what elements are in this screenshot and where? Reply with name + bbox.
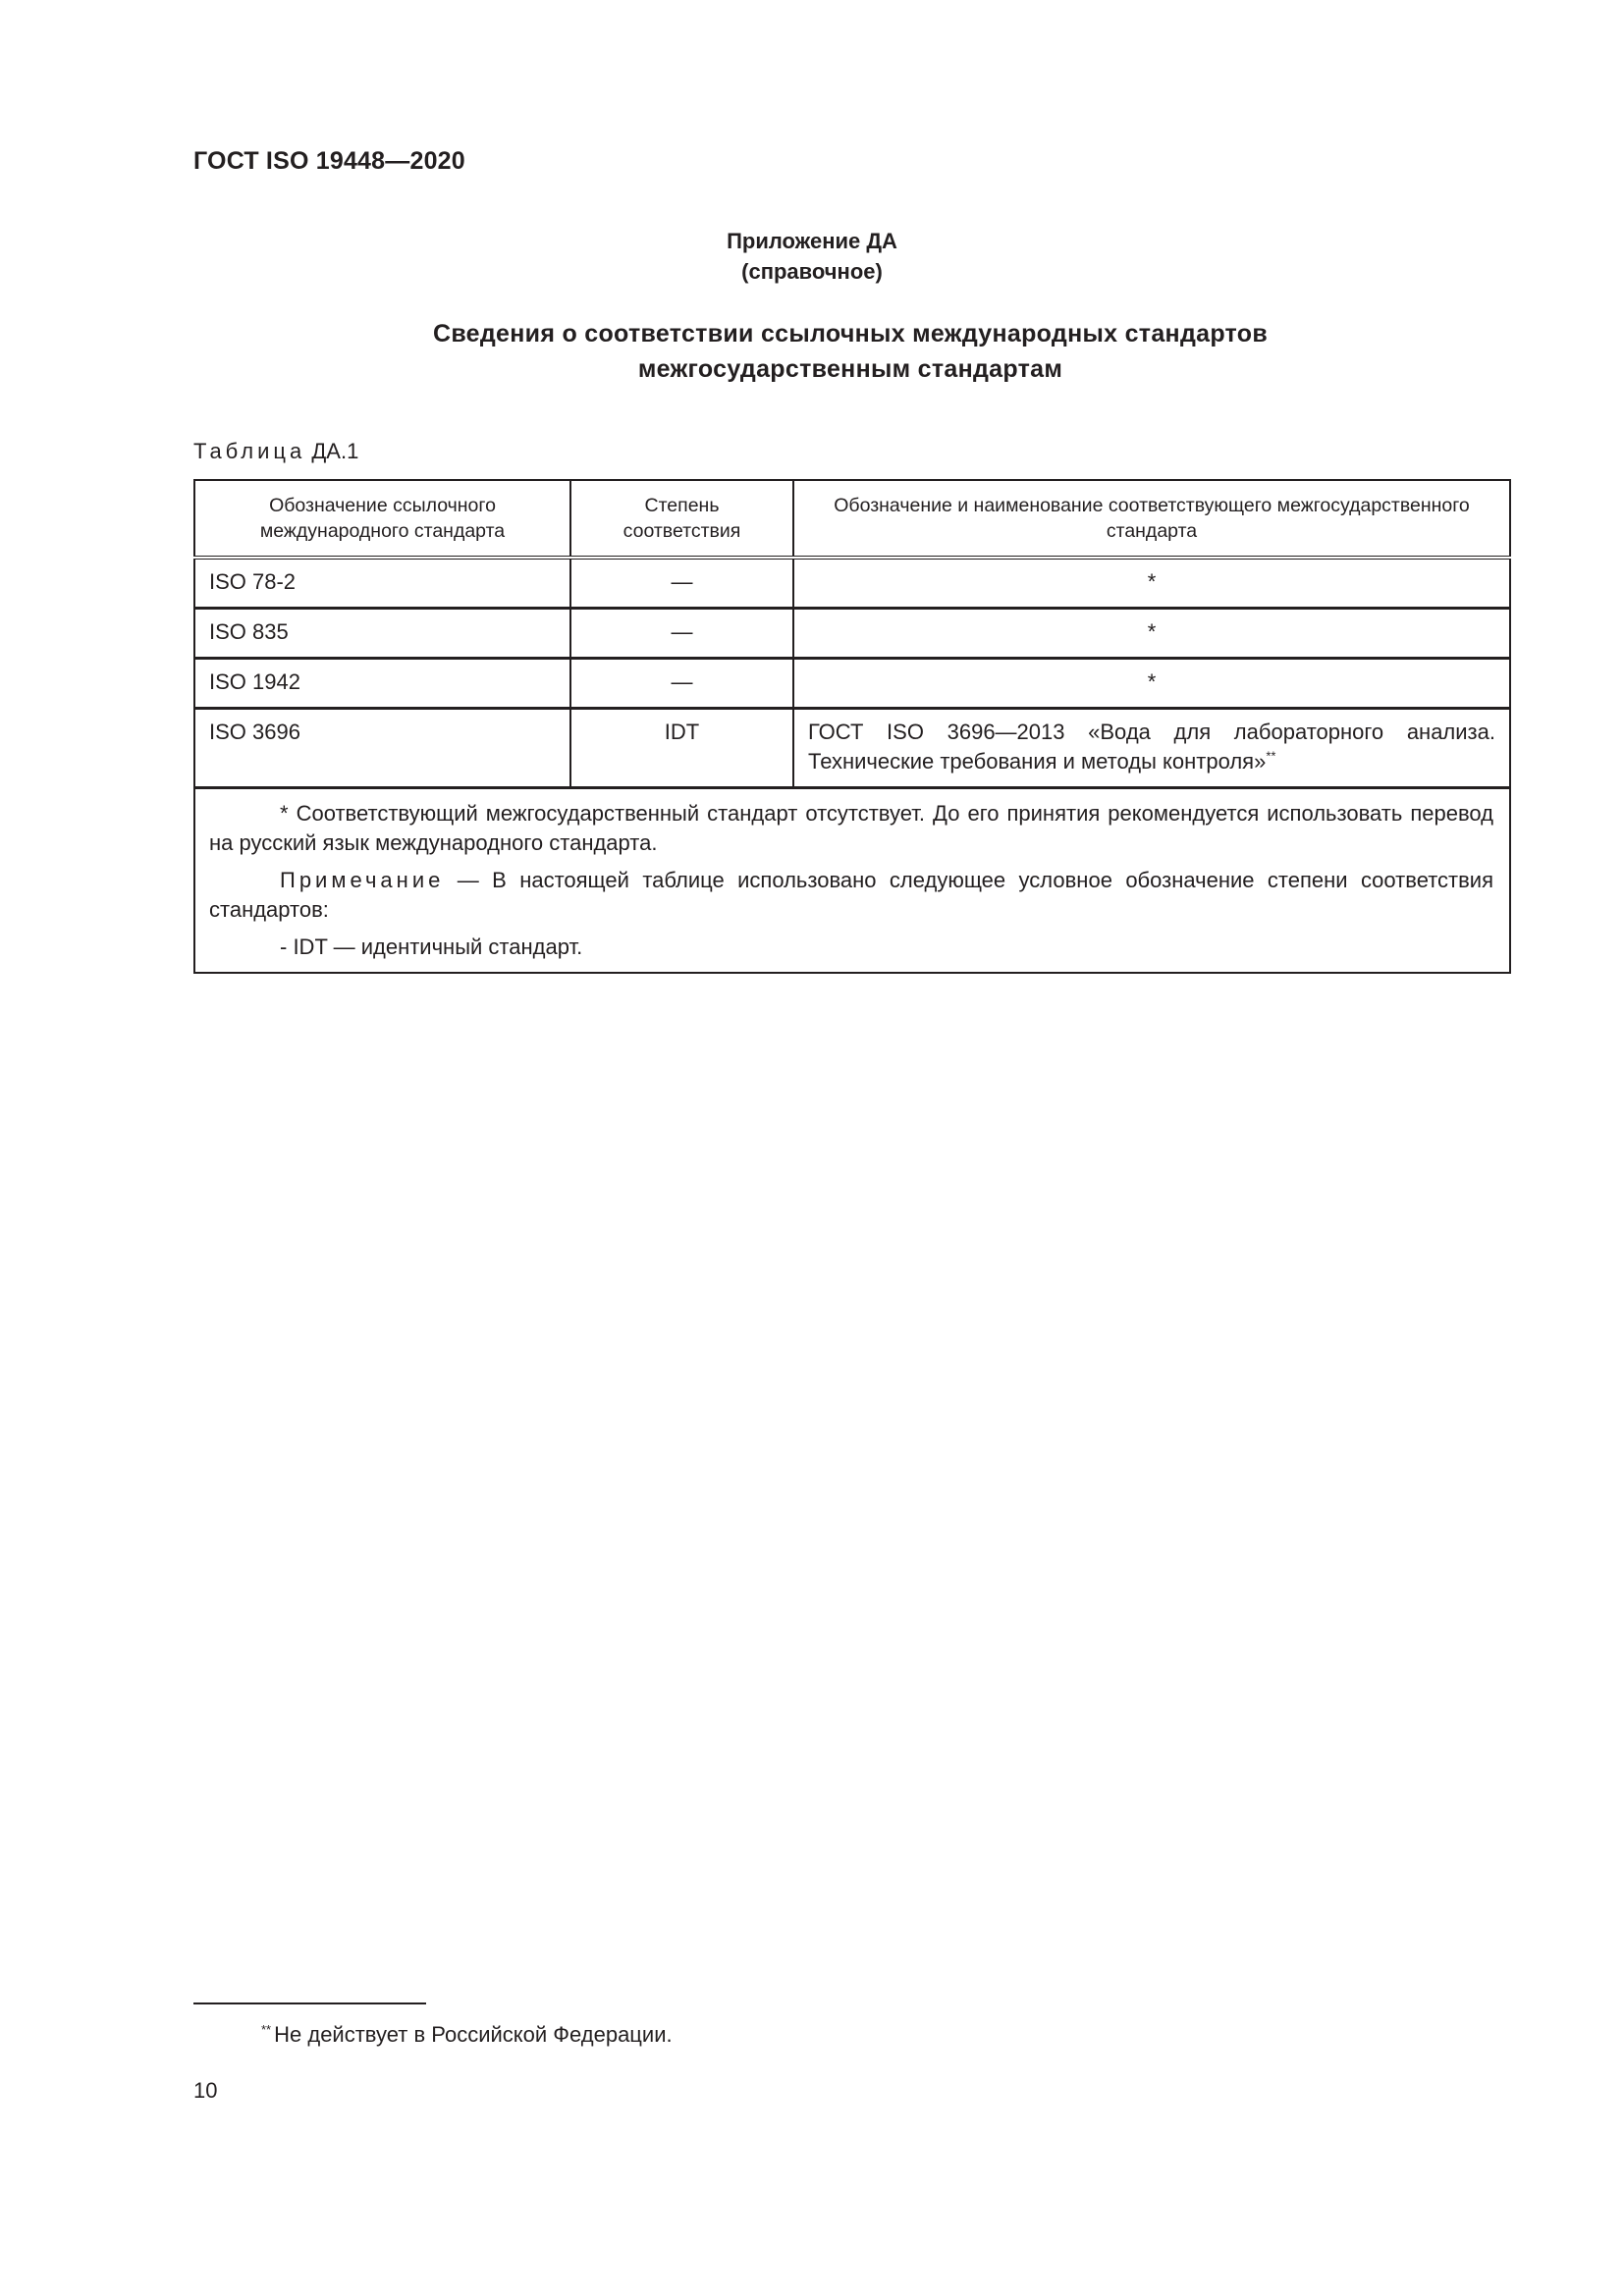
page-number: 10 <box>193 2078 217 2104</box>
intl-standard-cell: ISO 1942 <box>194 659 570 709</box>
intl-standard-cell: ISO 78-2 <box>194 558 570 609</box>
document-code: ГОСТ ISO 19448—2020 <box>193 147 465 176</box>
interstate-standard-text: ГОСТ ISO 3696—2013 «Вода для лабораторно… <box>808 720 1495 774</box>
degree-cell: — <box>570 609 793 659</box>
table-header-row: Обозначение ссылочного международного ст… <box>194 480 1510 558</box>
column-header-intl-standard: Обозначение ссылочного международного ст… <box>194 480 570 558</box>
interstate-standard-cell: * <box>793 558 1510 609</box>
table-note: Примечание — В настоящей таблице использ… <box>209 866 1493 925</box>
annex-title: Сведения о соответствии ссылочных междун… <box>0 316 1624 387</box>
note-label: Примечание <box>280 868 444 892</box>
table-row: ISO 78-2 — * <box>194 558 1510 609</box>
table-row: ISO 1942 — * <box>194 659 1510 709</box>
degree-cell: — <box>570 558 793 609</box>
table-caption-word: Таблица <box>193 439 305 463</box>
interstate-standard-cell: * <box>793 609 1510 659</box>
annex-title-line-2: межгосударственным стандартам <box>0 351 1624 387</box>
annex-heading: Приложение ДА (справочное) <box>0 226 1624 287</box>
table-notes: * Соответствующий межгосударственный ста… <box>193 789 1511 974</box>
footnote-reference-mark: ** <box>1266 749 1275 764</box>
asterisk-note: * Соответствующий межгосударственный ста… <box>209 799 1493 858</box>
table-caption-id: ДА.1 <box>311 439 358 463</box>
degree-cell: — <box>570 659 793 709</box>
footnote-divider <box>193 2002 426 2004</box>
table-row: ISO 835 — * <box>194 609 1510 659</box>
table-row: ISO 3696 IDT ГОСТ ISO 3696—2013 «Вода дл… <box>194 709 1510 788</box>
intl-standard-cell: ISO 3696 <box>194 709 570 788</box>
table-caption: Таблица ДА.1 <box>193 439 358 464</box>
annex-type: (справочное) <box>0 256 1624 287</box>
intl-standard-cell: ISO 835 <box>194 609 570 659</box>
correspondence-table: Обозначение ссылочного международного ст… <box>193 479 1511 974</box>
footnote-mark: ** <box>261 2022 271 2037</box>
column-header-degree: Степень соответствия <box>570 480 793 558</box>
footnote: **Не действует в Российской Федерации. <box>261 2022 673 2048</box>
annex-title-line-1: Сведения о соответствии ссылочных междун… <box>0 316 1624 351</box>
footnote-text: Не действует в Российской Федерации. <box>274 2022 672 2047</box>
column-header-interstate-standard: Обозначение и наименование соответствующ… <box>793 480 1510 558</box>
annex-label: Приложение ДА <box>0 226 1624 256</box>
degree-cell: IDT <box>570 709 793 788</box>
legend-item: - IDT — идентичный стандарт. <box>209 933 1493 962</box>
interstate-standard-cell: * <box>793 659 1510 709</box>
interstate-standard-cell: ГОСТ ISO 3696—2013 «Вода для лабораторно… <box>793 709 1510 788</box>
